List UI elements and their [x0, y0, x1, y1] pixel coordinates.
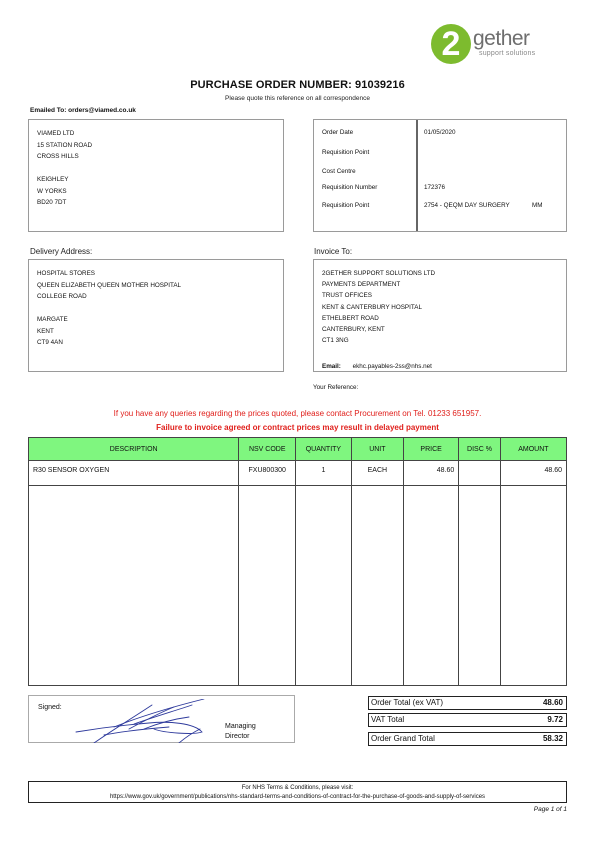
signatory-title-line: Managing: [225, 722, 256, 732]
invoice-address-box: 2GETHER SUPPORT SOLUTIONS LTD PAYMENTS D…: [313, 259, 567, 372]
table-row: R30 SENSOR OXYGEN FXU800300 1 EACH 48.60…: [29, 461, 567, 486]
col-quantity: QUANTITY: [296, 438, 352, 461]
requisition-point-2-value: 2754 - QEQM DAY SURGERY: [424, 202, 510, 209]
table-header-row: DESCRIPTION NSV CODE QUANTITY UNIT PRICE…: [29, 438, 567, 461]
address-line: W YORKS: [37, 186, 92, 198]
queries-notice: If you have any queries regarding the pr…: [0, 409, 595, 418]
invoice-email-link[interactable]: ekhc.payables-2ss@nhs.net: [353, 363, 432, 370]
address-line: CANTERBURY, KENT: [322, 324, 435, 335]
signature-scribble-icon: [74, 699, 224, 743]
invoice-address-lines: 2GETHER SUPPORT SOLUTIONS LTD PAYMENTS D…: [322, 268, 435, 346]
address-line: KENT & CANTERBURY HOSPITAL: [322, 302, 435, 313]
order-date-value: 01/05/2020: [424, 129, 456, 136]
address-line: CT9 4AN: [37, 337, 181, 349]
terms-intro: For NHS Terms & Conditions, please visit…: [29, 784, 566, 793]
cost-centre-label: Cost Centre: [322, 168, 356, 175]
order-total-label: Order Total (ex VAT): [371, 697, 443, 709]
address-line: 15 STATION ROAD: [37, 140, 92, 152]
address-line: TRUST OFFICES: [322, 290, 435, 301]
col-unit: UNIT: [351, 438, 403, 461]
delivery-address-label: Delivery Address:: [30, 247, 92, 256]
item-disc: [459, 461, 501, 486]
logo-mark: 2: [431, 24, 471, 64]
requisition-point-2-label: Requisition Point: [322, 202, 369, 209]
item-nsv-code: FXU800300: [239, 461, 296, 486]
address-line: KEIGHLEY: [37, 174, 92, 186]
order-info-box: Order Date 01/05/2020 Requisition Point …: [313, 119, 567, 232]
address-line: HOSPITAL STORES: [37, 268, 181, 280]
page-title: PURCHASE ORDER NUMBER: 91039216: [0, 79, 595, 91]
terms-link[interactable]: https://www.gov.uk/government/publicatio…: [29, 793, 566, 802]
col-disc: DISC %: [459, 438, 501, 461]
address-line: KENT: [37, 326, 181, 338]
vat-total-row: VAT Total 9.72: [368, 713, 567, 727]
invoice-email-label: Email:: [322, 363, 341, 370]
grand-total-row: Order Grand Total 58.32: [368, 732, 567, 746]
delivery-address-lines: HOSPITAL STORES QUEEN ELIZABETH QUEEN MO…: [37, 268, 181, 349]
invoice-to-label: Invoice To:: [314, 247, 352, 256]
item-quantity: 1: [296, 461, 352, 486]
requisition-point-2-extra: MM: [532, 202, 543, 209]
logo-wordmark: gether: [473, 28, 530, 50]
delivery-address-box: HOSPITAL STORES QUEEN ELIZABETH QUEEN MO…: [28, 259, 284, 372]
grand-total-label: Order Grand Total: [371, 733, 435, 745]
address-line: [37, 163, 92, 175]
signatory-title: Managing Director: [225, 722, 256, 742]
supplier-address-lines: VIAMED LTD 15 STATION ROAD CROSS HILLS K…: [37, 128, 92, 209]
order-total-row: Order Total (ex VAT) 48.60: [368, 696, 567, 710]
requisition-point-label: Requisition Point: [322, 149, 369, 156]
emailed-to: Emailed To: orders@viamed.co.uk: [30, 107, 136, 114]
address-line: VIAMED LTD: [37, 128, 92, 140]
invoice-warning: Failure to invoice agreed or contract pr…: [0, 423, 595, 432]
order-items-table: DESCRIPTION NSV CODE QUANTITY UNIT PRICE…: [28, 437, 567, 686]
vat-total-label: VAT Total: [371, 714, 404, 726]
address-line: MARGATE: [37, 314, 181, 326]
address-line: PAYMENTS DEPARTMENT: [322, 279, 435, 290]
col-amount: AMOUNT: [500, 438, 566, 461]
table-filler-row: [29, 486, 567, 686]
requisition-number-label: Requisition Number: [322, 184, 377, 191]
address-line: [37, 303, 181, 315]
vat-total-value: 9.72: [547, 714, 563, 726]
terms-footer: For NHS Terms & Conditions, please visit…: [28, 781, 567, 803]
address-line: COLLEGE ROAD: [37, 291, 181, 303]
col-nsv-code: NSV CODE: [239, 438, 296, 461]
your-reference: Your Reference:: [313, 384, 358, 391]
address-line: QUEEN ELIZABETH QUEEN MOTHER HOSPITAL: [37, 280, 181, 292]
company-logo: 2 gether support solutions: [431, 24, 571, 68]
order-info-divider: [416, 120, 418, 231]
item-amount: 48.60: [500, 461, 566, 486]
col-price: PRICE: [404, 438, 459, 461]
logo-tagline: support solutions: [479, 50, 535, 57]
address-line: CROSS HILLS: [37, 151, 92, 163]
page-number: Page 1 of 1: [500, 806, 567, 813]
order-total-value: 48.60: [543, 697, 563, 709]
page-subtitle: Please quote this reference on all corre…: [0, 95, 595, 102]
item-price: 48.60: [404, 461, 459, 486]
requisition-number-value: 172376: [424, 184, 445, 191]
address-line: 2GETHER SUPPORT SOLUTIONS LTD: [322, 268, 435, 279]
item-unit: EACH: [351, 461, 403, 486]
address-line: BD20 7DT: [37, 197, 92, 209]
signed-label: Signed:: [38, 704, 62, 711]
col-description: DESCRIPTION: [29, 438, 239, 461]
signature-box: Signed: Managing Director: [28, 695, 295, 743]
signatory-title-line: Director: [225, 732, 256, 742]
address-line: ETHELBERT ROAD: [322, 313, 435, 324]
invoice-email-row: Email: ekhc.payables-2ss@nhs.net: [322, 363, 432, 370]
supplier-address-box: VIAMED LTD 15 STATION ROAD CROSS HILLS K…: [28, 119, 284, 232]
grand-total-value: 58.32: [543, 733, 563, 745]
order-date-label: Order Date: [322, 129, 353, 136]
item-description: R30 SENSOR OXYGEN: [29, 461, 239, 486]
address-line: CT1 3NG: [322, 335, 435, 346]
